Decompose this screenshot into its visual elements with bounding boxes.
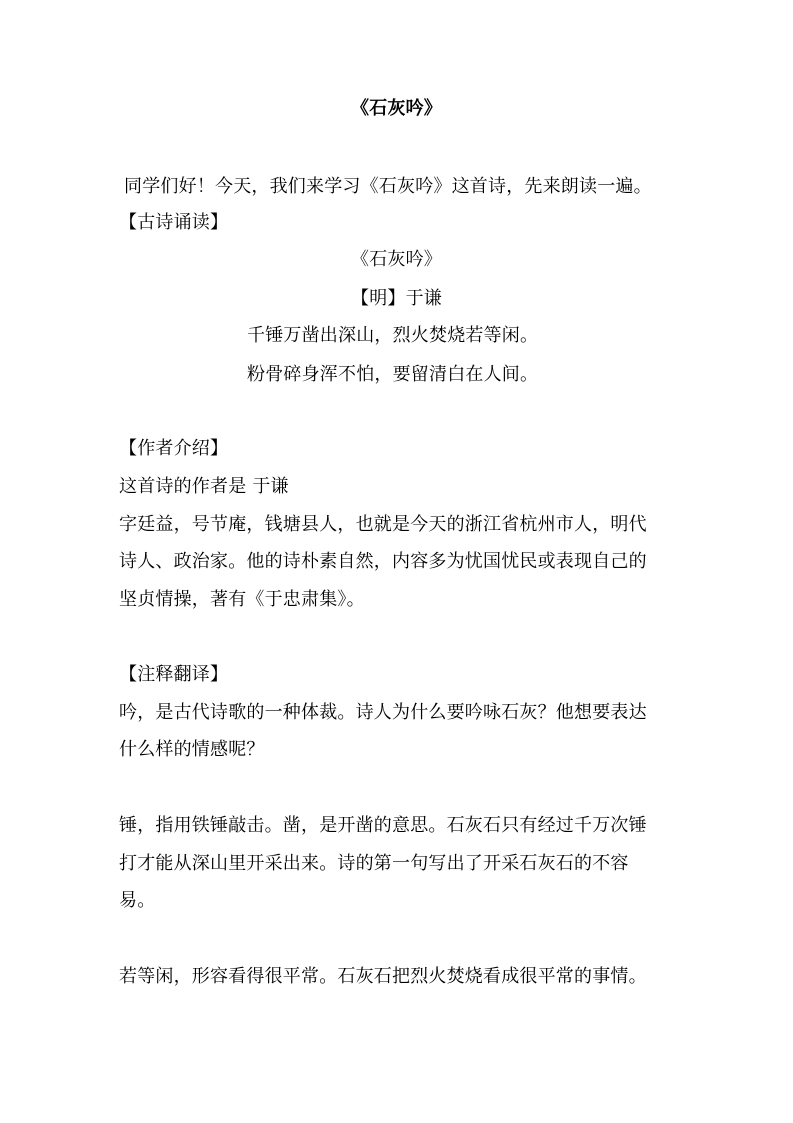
author-bio-line: 坚贞情操，著有《于忠肃集》。 xyxy=(119,589,365,611)
annotation-paragraph-line: 打才能从深山里开采出来。诗的第一句写出了开采石灰石的不容 xyxy=(119,853,629,875)
poem-line: 粉骨碎身浑不怕，要留清白在人间。 xyxy=(247,364,538,386)
document-title: 《石灰吟》 xyxy=(0,98,793,120)
intro-text: 同学们好！今天，我们来学习《石灰吟》这首诗，先来朗读一遍。 xyxy=(124,176,652,198)
author-bio-line: 诗人、政治家。他的诗朴素自然，内容多为忧国忧民或表现自己的 xyxy=(119,551,647,573)
document-page: 《石灰吟》 同学们好！今天，我们来学习《石灰吟》这首诗，先来朗读一遍。 【古诗诵… xyxy=(0,0,793,1123)
annotation-paragraph-line: 吟，是古代诗歌的一种体裁。诗人为什么要吟咏石灰？他想要表达 xyxy=(119,702,647,724)
poem-title: 《石灰吟》 xyxy=(0,249,793,271)
annotation-paragraph-line: 易。 xyxy=(119,890,155,912)
poem-author: 【明】于谦 xyxy=(0,288,793,310)
annotation-paragraph-line: 什么样的情感呢？ xyxy=(119,739,265,761)
annotation-paragraph-line: 锤，指用铁锤敲击。凿，是开凿的意思。石灰石只有经过千万次锤 xyxy=(119,815,647,837)
author-heading: 【作者介绍】 xyxy=(119,438,228,460)
author-bio-line: 字廷益，号节庵，钱塘县人，也就是今天的浙江省杭州市人，明代 xyxy=(119,514,647,536)
recitation-heading: 【古诗诵读】 xyxy=(119,212,228,234)
poem-line: 千锤万凿出深山，烈火焚烧若等闲。 xyxy=(247,325,538,347)
author-line: 这首诗的作者是 于谦 xyxy=(119,476,289,498)
annotation-paragraph-line: 若等闲，形容看得很平常。石灰石把烈火焚烧看成很平常的事情。 xyxy=(119,966,647,988)
annotation-heading: 【注释翻译】 xyxy=(119,664,228,686)
